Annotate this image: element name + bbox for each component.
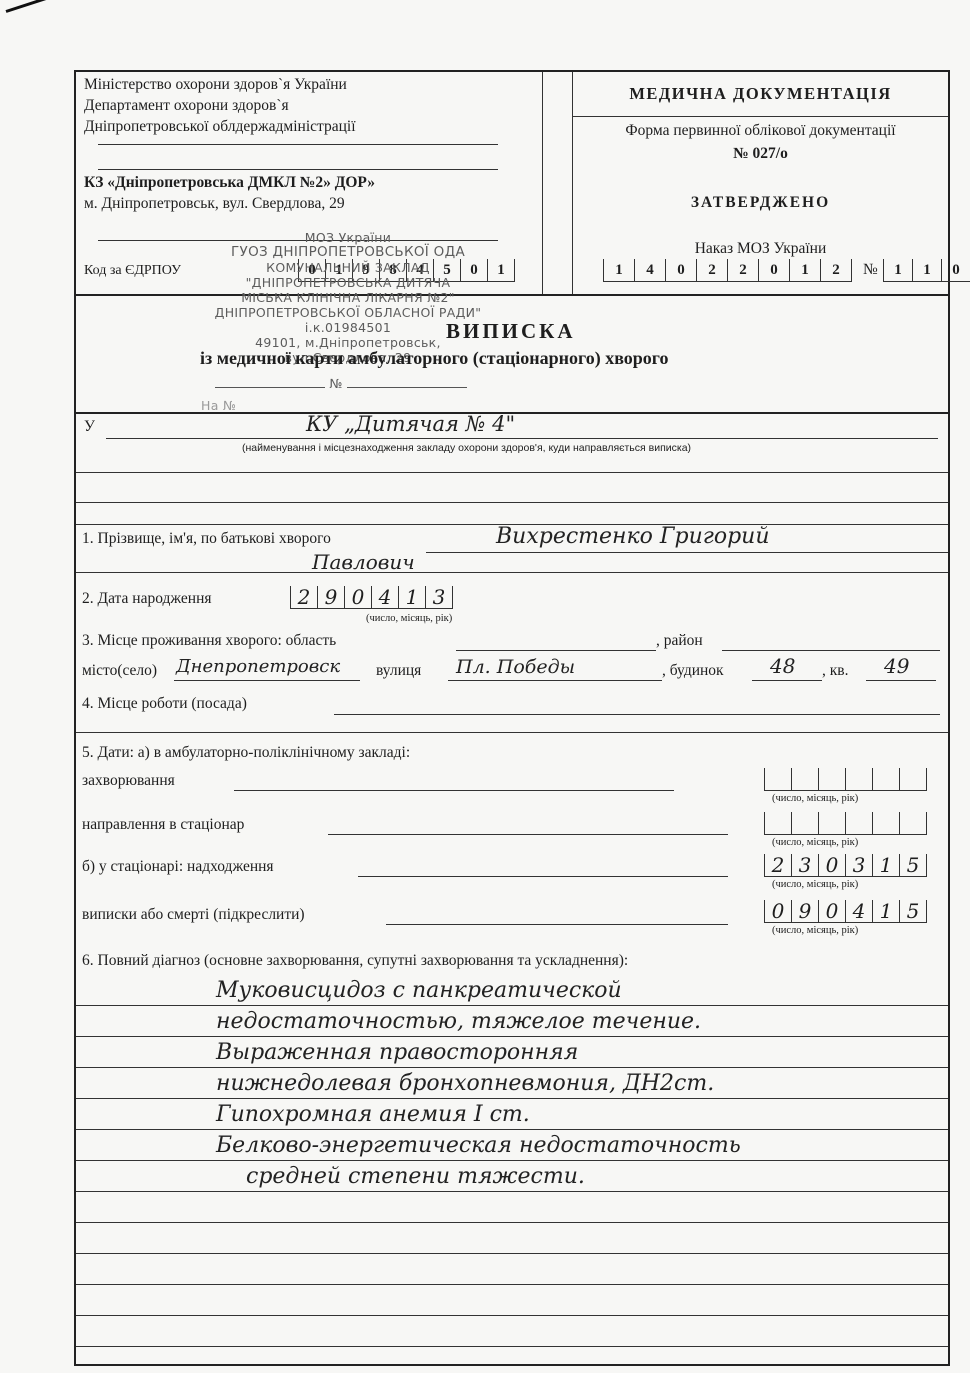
order-date-digit: 2 [820,259,852,281]
order-date-digit: 0 [665,259,696,281]
stamp-ref-label: На № [201,398,236,413]
divider [76,572,948,573]
patient-name-label: 1. Прізвище, ім'я, по батькові хворого [82,530,331,548]
header-right: МЕДИЧНА ДОКУМЕНТАЦІЯ Форма первинної обл… [572,72,948,294]
admission-date-grid[interactable]: 230315 [764,854,927,877]
recipient-value[interactable]: КУ „Дитячая № 4" [306,412,515,436]
referral-line [328,834,728,835]
date-cell[interactable]: 0 [344,586,371,608]
stamp-line: МОЗ України [188,230,508,245]
street-value[interactable]: Пл. Победы [456,656,575,678]
residence-label: 3. Місце проживання хворого: область [82,632,336,650]
street-line [448,680,662,681]
discharge-date-grid[interactable]: 090415 [764,900,927,923]
dates-label: 5. Дати: а) в амбулаторно-поліклінічному… [82,744,410,762]
date-cell[interactable]: 5 [899,854,927,876]
recipient-line [106,438,938,439]
patient-patronymic-value[interactable]: Павлович [312,550,415,574]
document-title: ВИПИСКА [446,319,576,344]
date-cell[interactable]: 3 [845,854,872,876]
admission-date-caption: (число, місяць, рік) [772,879,858,890]
diagnosis-rule [76,1129,948,1130]
referral-date-grid[interactable] [764,812,927,835]
ministry-line-1: Міністерство охорони здоров`я України [84,76,347,94]
order-date-digit: 2 [696,259,727,281]
institution-name: КЗ «Дніпропетровська ДМКЛ №2» ДОР» [84,174,375,192]
order-number-digit: 1 [883,259,912,281]
date-cell[interactable]: 4 [845,900,872,922]
date-cell[interactable]: 3 [791,854,818,876]
stamp-line: "ДНІПРОПЕТРОВСЬКА ДИТЯЧА [188,275,508,290]
edrpou-label: Код за ЄДРПОУ [84,263,181,279]
date-cell[interactable] [818,812,845,834]
document-subtitle: із медичної карти амбулаторного (стаціон… [200,348,669,369]
ministry-line-3: Дніпропетровської облдержадміністрації [84,118,356,136]
date-cell[interactable]: 1 [398,586,425,608]
stamp-line: КОМУНАЛЬНИЙ ЗАКЛАД [188,260,508,275]
institution-stamp: МОЗ України ГУОЗ ДНІПРОПЕТРОВСЬКОЇ ОДА К… [188,230,508,365]
order-date-digit: 1 [789,259,820,281]
apartment-value[interactable]: 49 [884,654,909,678]
street-label: вулиця [376,662,421,680]
discharge-date-caption: (число, місяць, рік) [772,925,858,936]
diagnosis-rule [76,1284,948,1285]
date-cell[interactable]: 3 [425,586,453,608]
stamp-number-line: № [201,376,481,391]
approved-label: ЗАТВЕРДЖЕНО [573,194,948,212]
house-line [752,680,822,681]
scan-pen-mark [6,0,62,13]
diagnosis-line[interactable]: Гипохромная анемия I ст. [216,1102,530,1127]
divider [76,732,948,733]
order-label: Наказ МОЗ України [573,240,948,258]
date-cell[interactable]: 2 [764,854,791,876]
district-line [722,650,940,651]
stamp-number-sign: № [329,376,342,391]
date-cell[interactable]: 4 [371,586,398,608]
date-cell[interactable] [899,768,927,790]
order-number: 110 [883,259,970,282]
city-line [174,680,360,681]
birth-date-caption: (число, місяць, рік) [366,613,452,624]
diagnosis-rule [76,1315,948,1316]
date-cell[interactable] [872,812,899,834]
date-cell[interactable] [764,812,791,834]
diagnosis-line[interactable]: недостаточностью, тяжелое течение. [216,1009,701,1034]
discharge-form: Міністерство охорони здоров`я України Де… [74,70,950,1366]
diagnosis-rule [76,1191,948,1192]
admission-date-label: б) у стаціонарі: надходження [82,858,274,876]
recipient-label: У [84,418,95,436]
stamp-line: ДНІПРОПЕТРОВСЬКОЇ ОБЛАСНОЇ РАДИ" [188,305,508,320]
apartment-line [866,680,936,681]
order-date: 14022012 [603,259,852,282]
divider [573,116,948,117]
referral-date-label: направлення в стаціонар [82,816,244,834]
date-cell[interactable]: 5 [899,900,927,922]
diagnosis-line[interactable]: Выраженная правосторонняя [216,1040,578,1065]
divider [98,144,498,145]
house-value[interactable]: 48 [770,654,795,678]
order-date-digit: 0 [758,259,789,281]
diagnosis-rule [76,1067,948,1068]
diagnosis-line[interactable]: Муковисцидоз с панкреатической [216,978,622,1003]
diagnosis-rule [76,1346,948,1347]
house-label: , будинок [662,662,724,680]
diagnosis-rule [76,1222,948,1223]
date-cell[interactable]: 0 [818,900,845,922]
illness-date-grid[interactable] [764,768,927,791]
date-cell[interactable] [818,768,845,790]
city-value[interactable]: Днепропетровск [176,656,340,677]
workplace-line [334,714,940,715]
diagnosis-rule [76,1253,948,1254]
date-cell[interactable] [791,812,818,834]
diagnosis-rule [76,1036,948,1037]
order-number-sign: № [863,261,878,279]
illness-line [234,790,674,791]
city-label: місто(село) [82,662,157,680]
order-date-digit: 4 [634,259,665,281]
admission-line [358,876,728,877]
institution-address: м. Дніпропетровськ, вул. Свердлова, 29 [84,195,345,213]
date-cell[interactable] [764,768,791,790]
form-label: Форма первинної облікової документації [573,122,948,140]
form-number: № 027/о [573,145,948,163]
divider [98,169,498,170]
referral-date-caption: (число, місяць, рік) [772,837,858,848]
district-label: , район [656,632,703,650]
date-cell[interactable] [845,768,872,790]
date-cell[interactable]: 9 [317,586,344,608]
illness-date-label: захворювання [82,772,175,790]
divider [76,472,948,473]
date-cell[interactable] [899,812,927,834]
date-cell[interactable]: 1 [872,854,899,876]
order-number-digit: 0 [941,259,970,281]
recipient-caption: (найменування і місцезнаходження закладу… [242,442,691,454]
diagnosis-line[interactable]: Белково-энергетическая недостаточность [216,1133,741,1158]
divider [76,502,948,503]
order-date-digit: 1 [603,259,634,281]
stamp-line: ГУОЗ ДНІПРОПЕТРОВСЬКОЇ ОДА [188,245,508,260]
date-cell[interactable]: 1 [872,900,899,922]
date-cell[interactable]: 2 [290,586,317,608]
date-cell[interactable] [791,768,818,790]
stamp-line: МІСЬКА КЛІНІЧНА ЛІКАРНЯ №2" [188,290,508,305]
discharge-line [386,924,728,925]
order-number-digit: 1 [912,259,941,281]
diagnosis-rule [76,1160,948,1161]
date-cell[interactable]: 0 [818,854,845,876]
birth-date-grid[interactable]: 290413 [290,586,453,609]
diagnosis-label: 6. Повний діагноз (основне захворювання,… [82,952,628,970]
date-cell[interactable]: 9 [791,900,818,922]
date-cell[interactable] [845,812,872,834]
illness-date-caption: (число, місяць, рік) [772,793,858,804]
diagnosis-line[interactable]: средней степени тяжести. [246,1164,585,1189]
date-cell[interactable]: 0 [764,900,791,922]
ministry-line-2: Департамент охорони здоров`я [84,97,289,115]
diagnosis-rule [76,1005,948,1006]
name-line [426,552,948,553]
workplace-label: 4. Місце роботи (посада) [82,695,247,713]
region-line [456,650,656,651]
patient-name-value[interactable]: Вихрестенко Григорий [496,524,770,549]
diagnosis-line[interactable]: нижнедолевая бронхопневмония, ДН2ст. [216,1071,714,1096]
apartment-label: , кв. [822,662,848,680]
order-date-digit: 2 [727,259,758,281]
discharge-date-label: виписки або смерті (підкреслити) [82,906,305,924]
birth-date-label: 2. Дата народження [82,590,212,608]
date-cell[interactable] [872,768,899,790]
diagnosis-rule [76,1098,948,1099]
med-doc-title: МЕДИЧНА ДОКУМЕНТАЦІЯ [573,84,948,104]
